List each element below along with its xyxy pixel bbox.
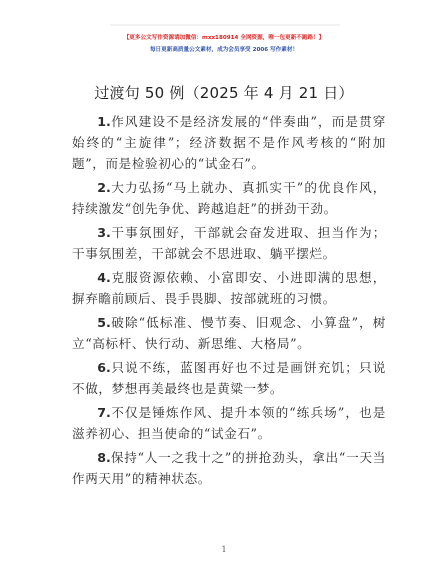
page-number: 1 (0, 545, 448, 554)
document-page: 【更多公文写作资源请加微信：mxx180914 全网资源，唯一包更新不跑路！】 … (0, 0, 448, 580)
watermark-line (110, 24, 340, 26)
item-number: 5. (97, 315, 111, 330)
list-item: 8.保持“人一之我十之”的拼抢劲头，拿出“一天当作两天用”的精神状态。 (72, 447, 386, 489)
item-number: 4. (97, 270, 111, 285)
list-item: 4.克服资源依赖、小富即安、小进即满的思想，摒弃瞻前顾后、畏手畏脚、按部就班的习… (72, 267, 386, 309)
promo-line-red: 【更多公文写作资源请加微信：mxx180914 全网资源，唯一包更新不跑路！】 (0, 33, 448, 44)
item-text: 大力弘扬“马上就办、真抓实干”的优良作风，持续激发“创先争优、跨越追赶”的拼劲干… (72, 180, 386, 216)
item-text: 干事氛围好，干部就会奋发进取、担当作为；干事氛围差，干部就会不思进取、躺平摆烂。 (72, 225, 386, 261)
item-text: 保持“人一之我十之”的拼抢劲头，拿出“一天当作两天用”的精神状态。 (72, 450, 386, 486)
document-title: 过渡句 50 例（2025 年 4 月 21 日） (0, 82, 448, 103)
list-item: 3.干事氛围好，干部就会奋发进取、担当作为；干事氛围差，干部就会不思进取、躺平摆… (72, 222, 386, 264)
promo-line-blue: 每日更新高质量公文素材，成为会员享受 2006 写作素材！ (0, 45, 448, 56)
item-text: 破除“低标准、慢节奏、旧观念、小算盘”，树立“高标杆、快行动、新思维、大格局”。 (72, 315, 386, 351)
list-item: 6.只说不练，蓝图再好也不过是画饼充饥；只说不做，梦想再美最终也是黄粱一梦。 (72, 357, 386, 399)
item-number: 3. (97, 225, 111, 240)
item-number: 7. (97, 405, 111, 420)
item-text: 作风建设不是经济发展的“伴奏曲”，而是贯穿始终的“主旋律”；经济数据不是作风考核… (72, 114, 386, 171)
item-text: 不仅是锤炼作风、提升本领的“练兵场”，也是滋养初心、担当使命的“试金石”。 (72, 405, 386, 441)
item-text: 克服资源依赖、小富即安、小进即满的思想，摒弃瞻前顾后、畏手畏脚、按部就班的习惯。 (72, 270, 386, 306)
list-item: 2.大力弘扬“马上就办、真抓实干”的优良作风，持续激发“创先争优、跨越追赶”的拼… (72, 177, 386, 219)
item-number: 2. (97, 180, 111, 195)
list-item: 1.作风建设不是经济发展的“伴奏曲”，而是贯穿始终的“主旋律”；经济数据不是作风… (72, 111, 386, 174)
transition-sentence-list: 1.作风建设不是经济发展的“伴奏曲”，而是贯穿始终的“主旋律”；经济数据不是作风… (72, 111, 386, 492)
list-item: 5.破除“低标准、慢节奏、旧观念、小算盘”，树立“高标杆、快行动、新思维、大格局… (72, 312, 386, 354)
promo-banner: 【更多公文写作资源请加微信：mxx180914 全网资源，唯一包更新不跑路！】 … (0, 33, 448, 56)
item-number: 1. (97, 114, 111, 129)
item-number: 8. (97, 450, 111, 465)
item-number: 6. (97, 360, 111, 375)
list-item: 7.不仅是锤炼作风、提升本领的“练兵场”，也是滋养初心、担当使命的“试金石”。 (72, 402, 386, 444)
item-text: 只说不练，蓝图再好也不过是画饼充饥；只说不做，梦想再美最终也是黄粱一梦。 (72, 360, 386, 396)
